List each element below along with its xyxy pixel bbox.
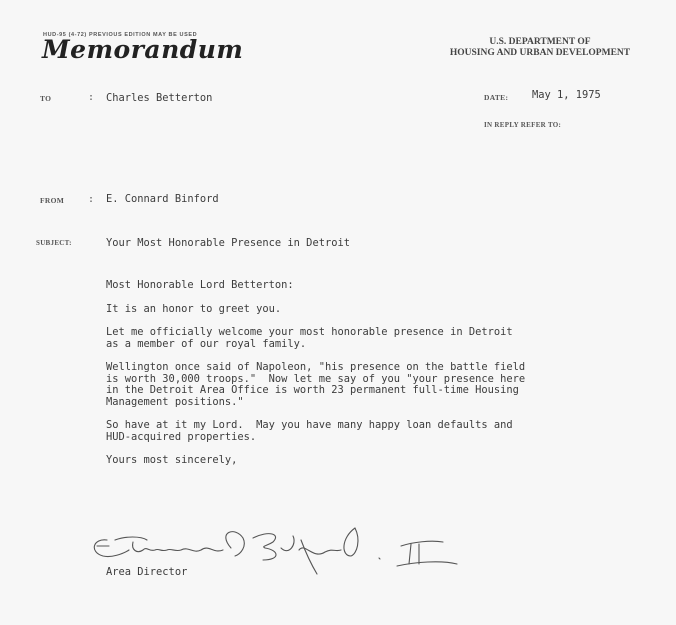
department-line-2: HOUSING AND URBAN DEVELOPMENT xyxy=(420,48,660,59)
department-line-1: U.S. DEPARTMENT OF xyxy=(420,37,660,48)
subject-label: SUBJECT: xyxy=(36,239,72,247)
to-colon: : xyxy=(88,92,94,103)
to-value: Charles Betterton xyxy=(106,92,212,104)
subject-value: Your Most Honorable Presence in Detroit xyxy=(106,237,350,249)
memorandum-page: HUD-95 (4-72) PREVIOUS EDITION MAY BE US… xyxy=(0,0,676,625)
date-label: DATE: xyxy=(484,93,508,102)
to-label: TO xyxy=(40,94,51,103)
body-paragraph-4: So have at it my Lord. May you have many… xyxy=(106,420,586,443)
body-paragraph-2: Let me officially welcome your most hono… xyxy=(106,327,586,350)
date-value: May 1, 1975 xyxy=(532,89,601,101)
from-colon: : xyxy=(88,194,94,205)
department-name: U.S. DEPARTMENT OF HOUSING AND URBAN DEV… xyxy=(420,37,660,59)
body-paragraph-1: It is an honor to greet you. xyxy=(106,304,586,316)
memo-title: Memorandum xyxy=(42,35,243,64)
body-paragraph-3: Wellington once said of Napoleon, "his p… xyxy=(106,362,586,408)
closing: Yours most sincerely, xyxy=(106,455,586,467)
memo-body: Most Honorable Lord Betterton: It is an … xyxy=(106,280,586,467)
from-label: FROM xyxy=(40,196,64,205)
reply-refer-label: IN REPLY REFER TO: xyxy=(484,121,561,129)
from-value: E. Connard Binford xyxy=(106,193,219,205)
salutation: Most Honorable Lord Betterton: xyxy=(106,280,586,292)
signature-title: Area Director xyxy=(106,566,187,578)
